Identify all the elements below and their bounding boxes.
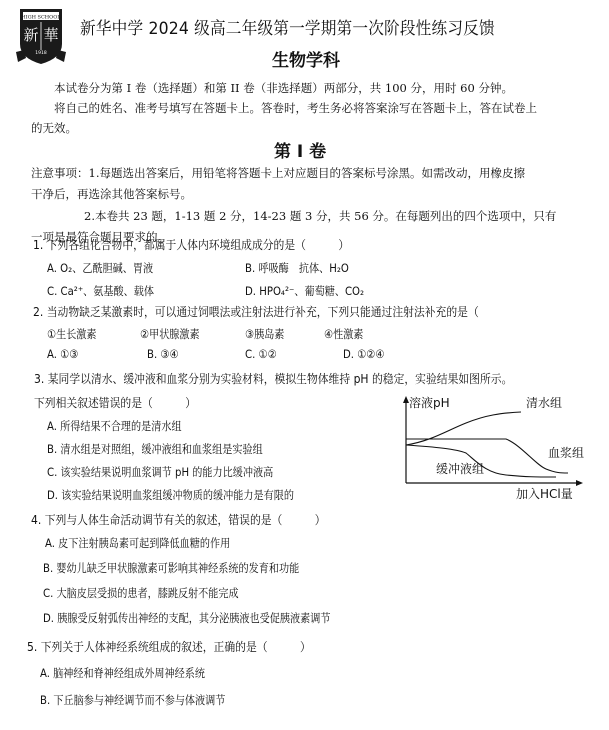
question-3-stem: 3. 某同学以清水、缓冲液和血浆分别为实验材料，模拟生物体维持 pH 的稳定，实… xyxy=(34,370,512,387)
question-5-stem: 5. 下列关于人体神经系统组成的叙述，正确的是（ ） xyxy=(27,638,311,655)
question-2-item-3: ③胰岛素 xyxy=(245,326,284,342)
question-2-stem: 2. 当动物缺乏某激素时，可以通过饲喂法或注射法进行补充，下列只能通过注射法补充… xyxy=(33,303,479,320)
question-3-option-d: D. 该实验结果说明血浆组缓冲物质的缓冲能力是有限的 xyxy=(47,487,294,503)
svg-text:HIGH SCHOOL: HIGH SCHOOL xyxy=(21,15,61,21)
svg-text:新: 新 xyxy=(23,26,38,44)
question-1-option-c: C. Ca²⁺、氨基酸、载体 xyxy=(47,283,154,299)
question-4-stem: 4. 下列与人体生命活动调节有关的叙述，错误的是（ ） xyxy=(31,511,326,528)
question-2-option-a: A. ①③ xyxy=(47,347,78,361)
exam-page: HIGH SCHOOL 新 華 1918 新华中学 2024 级高二年级第一学期… xyxy=(0,0,609,730)
svg-text:1918: 1918 xyxy=(35,50,47,56)
question-5-option-a: A. 脑神经和脊神经组成外周神经系统 xyxy=(40,665,205,681)
question-4-option-c: C. 大脑皮层受损的患者，膝跳反射不能完成 xyxy=(43,585,239,601)
ph-chart: 溶液pH 加入HCl量 清水组 血浆组 缓冲液组 xyxy=(396,393,596,503)
question-1-option-d: D. HPO₄²⁻、葡萄糖、CO₂ xyxy=(245,283,364,299)
question-3-option-a: A. 所得结果不合理的是清水组 xyxy=(47,418,182,434)
question-2-option-b: B. ③④ xyxy=(147,347,179,361)
notice-line: 2.本卷共 23 题，1-13 题 2 分，14-23 题 3 分，共 56 分… xyxy=(84,208,556,224)
question-2-item-2: ②甲状腺激素 xyxy=(140,326,200,342)
question-2-item-1: ①生长激素 xyxy=(47,326,97,342)
question-4-option-b: B. 婴幼儿缺乏甲状腺激素可影响其神经系统的发育和功能 xyxy=(43,560,299,576)
exam-title: 新华中学 2024 级高二年级第一学期第一次阶段性练习反馈 xyxy=(80,14,495,39)
question-3-stem-2: 下列相关叙述错误的是（ ） xyxy=(34,394,196,411)
intro-line: 的无效。 xyxy=(31,120,77,136)
intro-line: 将自己的姓名、准考号填写在答题卡上。答卷时，考生务必将答案涂写在答题卡上，答在试… xyxy=(54,100,537,116)
notice-line: 注意事项：1.每题选出答案后，用铅笔将答题卡上对应题目的答案标号涂黑。如需改动，… xyxy=(31,165,525,181)
question-3-option-c: C. 该实验结果说明血浆调节 pH 的能力比缓冲液高 xyxy=(47,464,273,480)
intro-line: 本试卷分为第 I 卷（选择题）和第 II 卷（非选择题）两部分，共 100 分，… xyxy=(54,80,513,96)
svg-text:清水组: 清水组 xyxy=(526,395,562,410)
question-4-option-d: D. 胰腺受反射弧传出神经的支配，其分泌胰液也受促胰液素调节 xyxy=(43,610,330,626)
svg-text:溶液pH: 溶液pH xyxy=(409,395,450,410)
section-title: 第 I 卷 xyxy=(274,137,326,162)
question-1-option-b: B. 呼吸酶 抗体、H₂O xyxy=(245,260,349,276)
svg-text:缓冲液组: 缓冲液组 xyxy=(436,461,484,476)
svg-text:血浆组: 血浆组 xyxy=(548,445,584,460)
question-3-option-b: B. 清水组是对照组，缓冲液组和血浆组是实验组 xyxy=(47,441,263,457)
school-logo: HIGH SCHOOL 新 華 1918 xyxy=(16,6,66,68)
question-1-option-a: A. O₂、乙酰胆碱、胃液 xyxy=(47,260,153,276)
subject-title: 生物学科 xyxy=(272,46,340,71)
question-2-item-4: ④性激素 xyxy=(324,326,363,342)
school-crest-icon: HIGH SCHOOL 新 華 1918 xyxy=(16,6,66,68)
question-5-option-b: B. 下丘脑参与神经调节而不参与体液调节 xyxy=(40,692,225,708)
svg-text:華: 華 xyxy=(43,26,58,44)
svg-text:加入HCl量: 加入HCl量 xyxy=(516,486,573,501)
question-2-option-c: C. ①② xyxy=(245,347,277,361)
question-1-stem: 1. 下列各组化合物中，都属于人体内环境组成成分的是（ ） xyxy=(33,236,349,253)
question-2-option-d: D. ①②④ xyxy=(343,347,384,361)
question-4-option-a: A. 皮下注射胰岛素可起到降低血糖的作用 xyxy=(45,535,230,551)
notice-line: 干净后，再选涂其他答案标号。 xyxy=(31,186,192,202)
